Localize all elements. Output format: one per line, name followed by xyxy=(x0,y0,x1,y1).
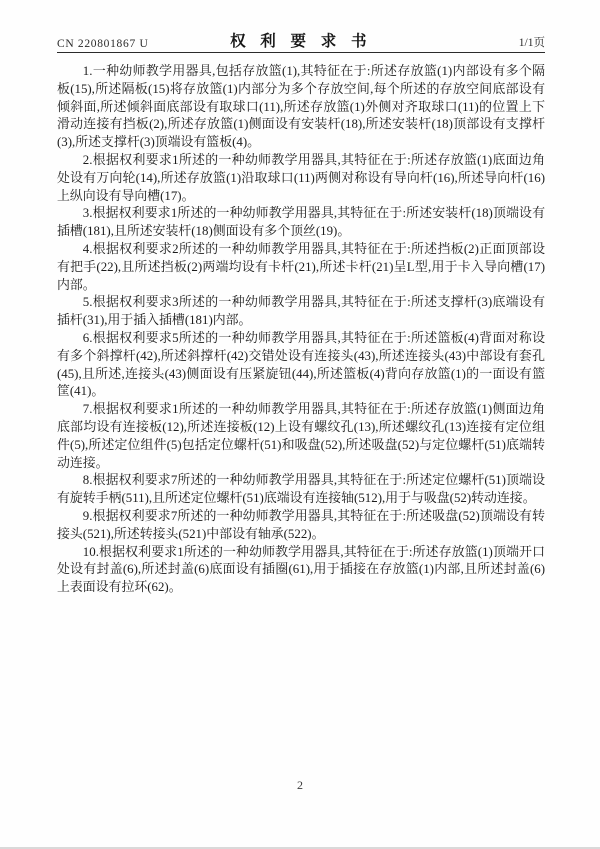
claim-paragraph-9: 9.根据权利要求7所述的一种幼师教学用器具,其特征在于:所述吸盘(52)顶端设有… xyxy=(57,508,545,544)
claim-paragraph-1: 1.一种幼师教学用器具,包括存放篮(1),其特征在于:所述存放篮(1)内部设有多… xyxy=(57,63,545,152)
header-divider xyxy=(57,52,545,53)
page-header: CN 220801867 U 权 利 要 求 书 1/1页 xyxy=(57,32,545,52)
claim-paragraph-6: 6.根据权利要求5所述的一种幼师教学用器具,其特征在于:所述篮板(4)背面对称设… xyxy=(57,330,545,401)
claim-paragraph-7: 7.根据权利要求1所述的一种幼师教学用器具,其特征在于:所述存放篮(1)侧面边角… xyxy=(57,401,545,472)
page-title: 权 利 要 求 书 xyxy=(57,29,545,51)
claim-paragraph-2: 2.根据权利要求1所述的一种幼师教学用器具,其特征在于:所述存放篮(1)底面边角… xyxy=(57,152,545,205)
claim-paragraph-8: 8.根据权利要求7所述的一种幼师教学用器具,其特征在于:所述定位螺杆(51)顶端… xyxy=(57,472,545,508)
claims-list: 1.一种幼师教学用器具,包括存放篮(1),其特征在于:所述存放篮(1)内部设有多… xyxy=(57,63,545,597)
footer-page-number: 2 xyxy=(0,778,600,793)
claim-paragraph-3: 3.根据权利要求1所述的一种幼师教学用器具,其特征在于:所述安装杆(18)顶端设… xyxy=(57,205,545,241)
page-indicator: 1/1页 xyxy=(519,34,545,50)
claim-paragraph-10: 10.根据权利要求1所述的一种幼师教学用器具,其特征在于:所述存放篮(1)顶端开… xyxy=(57,544,545,597)
patent-claims-page: CN 220801867 U 权 利 要 求 书 1/1页 1.一种幼师教学用器… xyxy=(0,0,600,849)
claim-paragraph-4: 4.根据权利要求2所述的一种幼师教学用器具,其特征在于:所述挡板(2)正面顶部设… xyxy=(57,241,545,294)
claim-paragraph-5: 5.根据权利要求3所述的一种幼师教学用器具,其特征在于:所述支撑杆(3)底端设有… xyxy=(57,294,545,330)
